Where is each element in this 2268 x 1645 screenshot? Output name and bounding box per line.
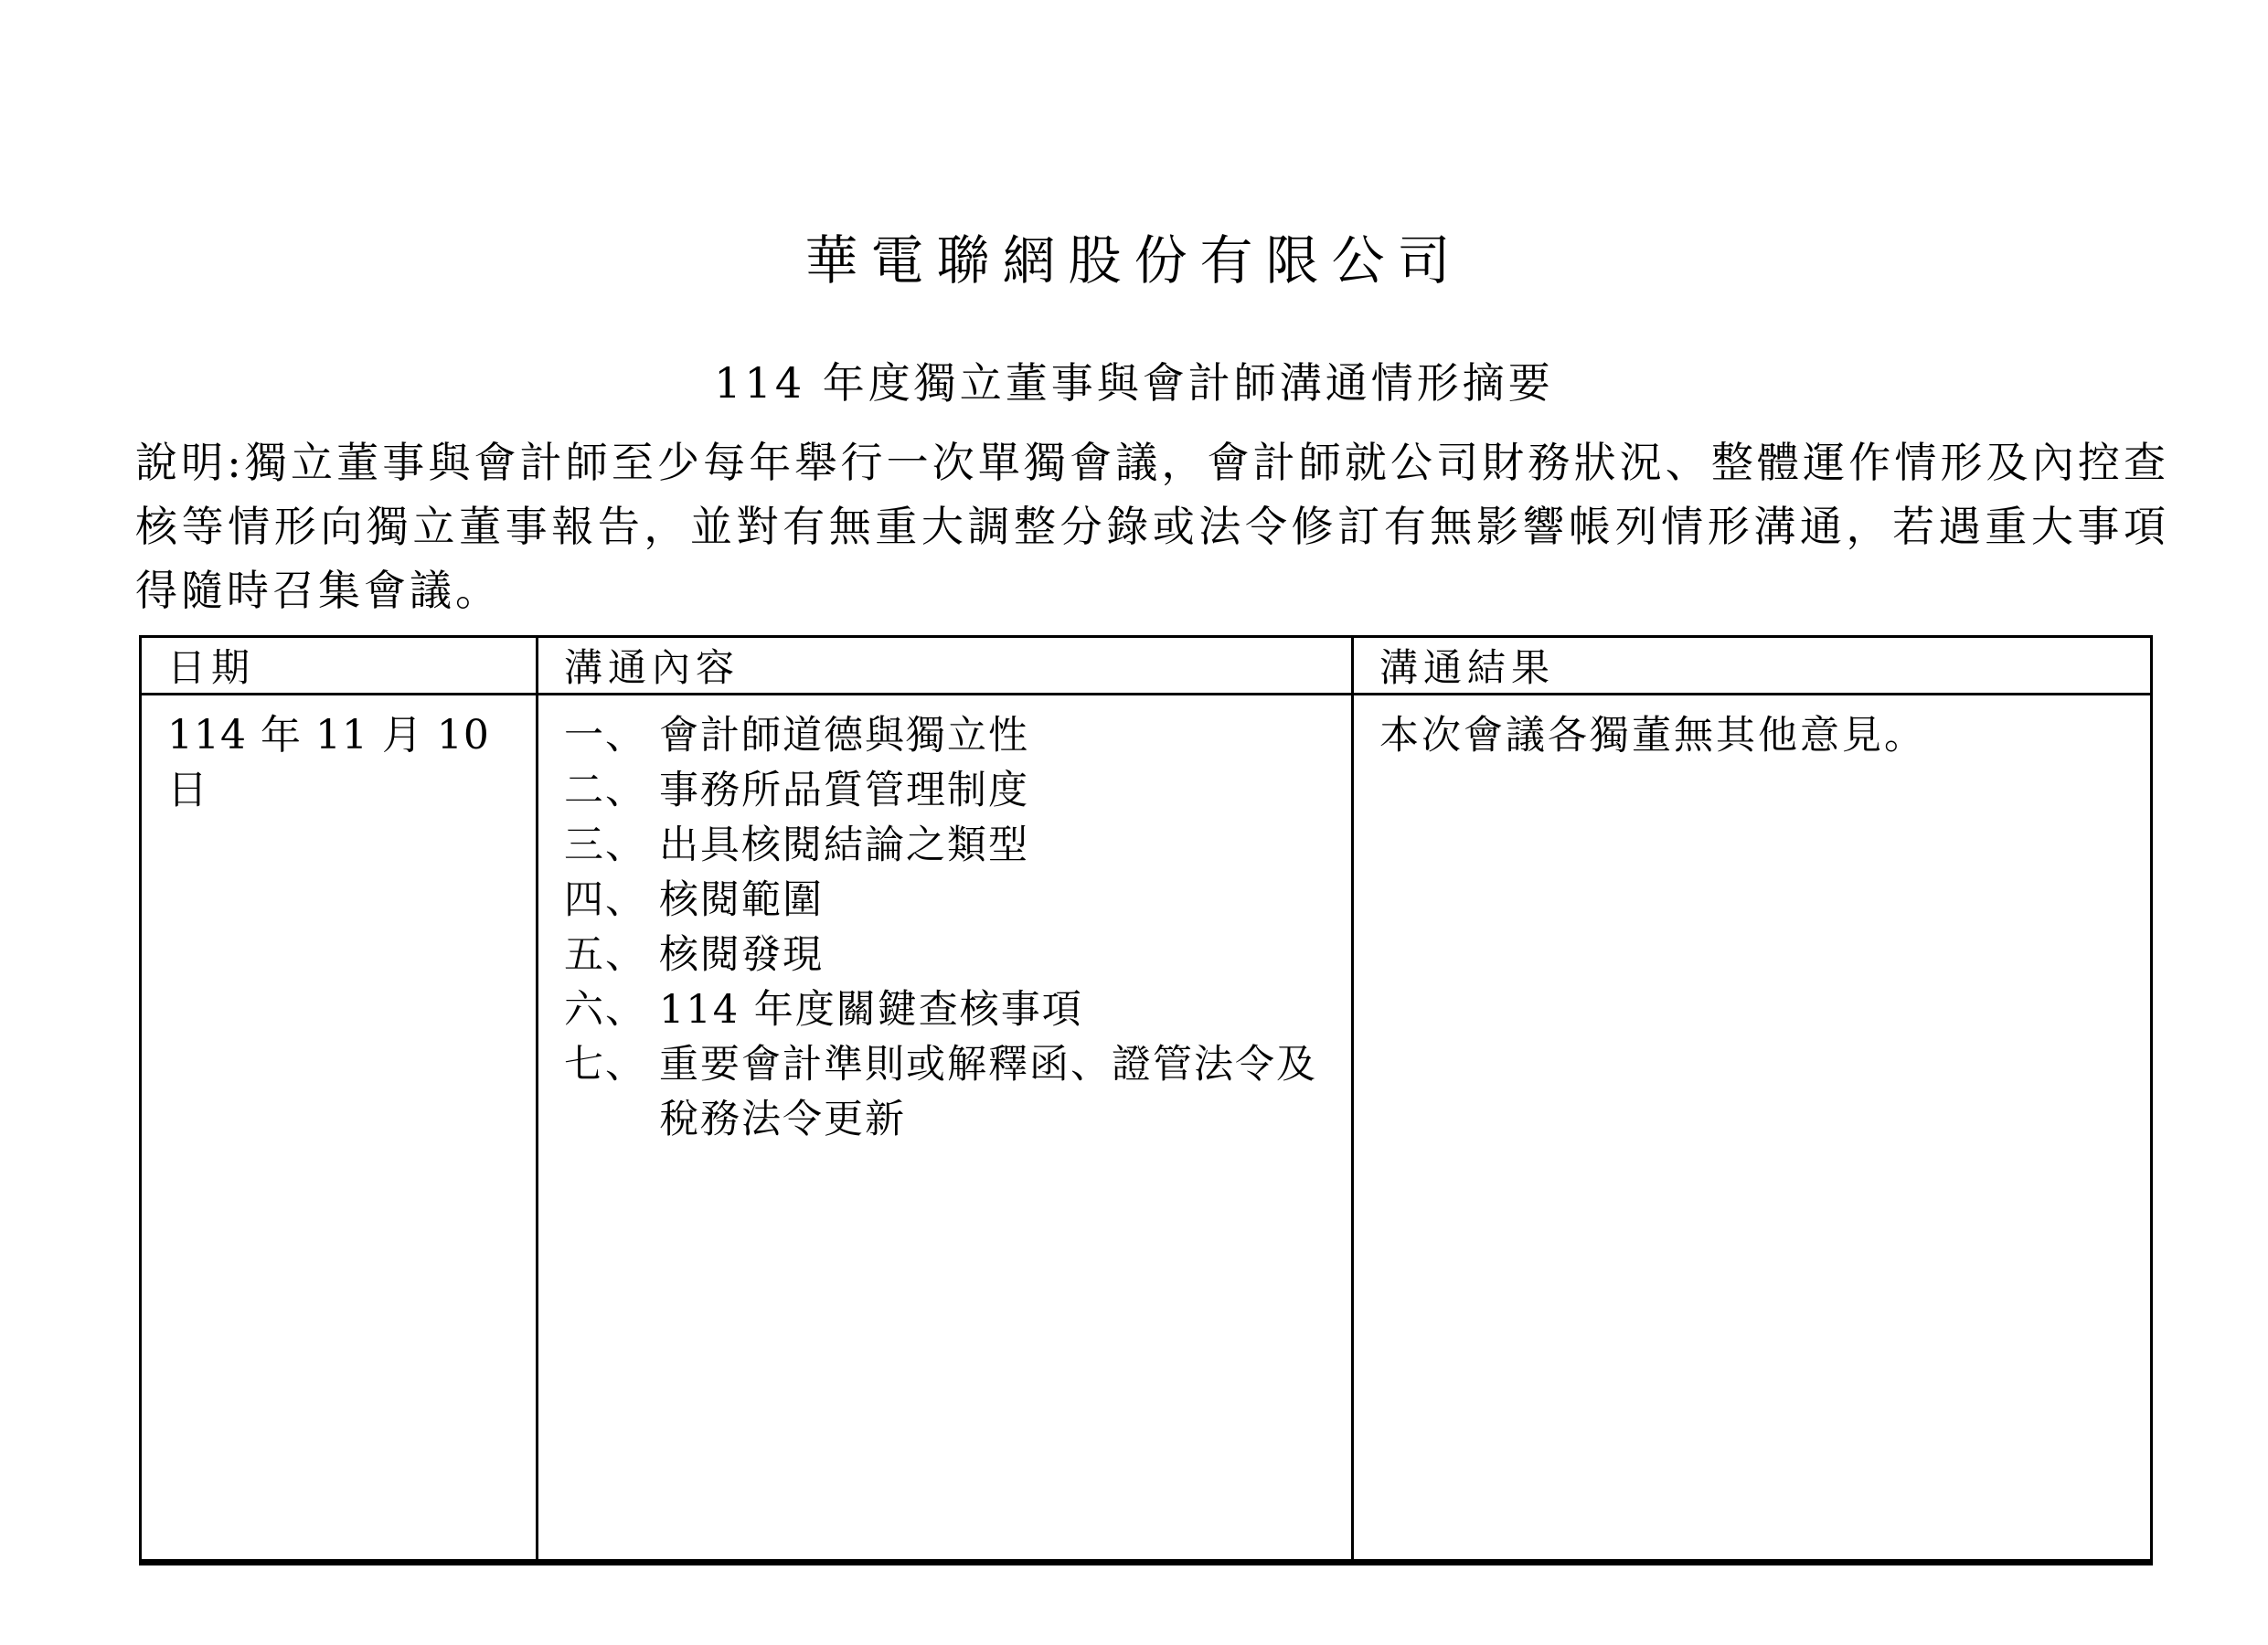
page-title: 華電聯網股份有限公司 bbox=[0, 0, 2268, 292]
date-cell: 114 年 11 月 10 日 bbox=[141, 694, 538, 1562]
list-item-number: 三、 bbox=[564, 818, 659, 873]
list-item-text: 出具核閱結論之類型 bbox=[659, 818, 1335, 873]
content-list-item: 二、事務所品質管理制度 bbox=[564, 763, 1335, 818]
col-header-date: 日期 bbox=[141, 636, 538, 694]
list-item-number: 二、 bbox=[564, 763, 659, 818]
list-item-number: 四、 bbox=[564, 873, 659, 928]
list-item-text: 核閱發現 bbox=[659, 928, 1335, 982]
content-list-item: 一、會計師道德與獨立性 bbox=[564, 708, 1335, 763]
list-item-text: 事務所品質管理制度 bbox=[659, 763, 1335, 818]
content-list-item: 四、核閱範圍 bbox=[564, 873, 1335, 928]
list-item-text: 核閱範圍 bbox=[659, 873, 1335, 928]
content-list-item: 六、114 年度關鍵查核事項 bbox=[564, 982, 1335, 1037]
content-list: 一、會計師道德與獨立性二、事務所品質管理制度三、出具核閱結論之類型四、核閱範圍五… bbox=[564, 708, 1335, 1147]
content-list-item: 三、出具核閱結論之類型 bbox=[564, 818, 1335, 873]
result-cell: 本次會議各獨董無其他意見。 bbox=[1353, 694, 2152, 1562]
list-item-text: 重要會計準則或解釋函、證管法令及稅務法令更新 bbox=[659, 1037, 1335, 1147]
list-item-number: 一、 bbox=[564, 708, 659, 763]
col-header-content: 溝通內容 bbox=[538, 636, 1353, 694]
content-cell: 一、會計師道德與獨立性二、事務所品質管理制度三、出具核閱結論之類型四、核閱範圍五… bbox=[538, 694, 1353, 1562]
list-item-text: 會計師道德與獨立性 bbox=[659, 708, 1335, 763]
page-subtitle: 114 年度獨立董事與會計師溝通情形摘要 bbox=[0, 350, 2268, 410]
header-row: 日期 溝通內容 溝通結果 bbox=[141, 636, 2152, 694]
communication-table: 日期 溝通內容 溝通結果 114 年 11 月 10 日 一、會計師道德與獨立性… bbox=[139, 635, 2153, 1565]
content-list-item: 五、核閱發現 bbox=[564, 928, 1335, 982]
description-paragraph: 說明:獨立董事與會計師至少每年舉行一次單獨會議，會計師就公司財務狀況、整體運作情… bbox=[135, 430, 2169, 622]
list-item-text: 114 年度關鍵查核事項 bbox=[659, 982, 1335, 1037]
content-list-item: 七、重要會計準則或解釋函、證管法令及稅務法令更新 bbox=[564, 1037, 1335, 1147]
col-header-result: 溝通結果 bbox=[1353, 636, 2152, 694]
list-item-number: 五、 bbox=[564, 928, 659, 982]
list-item-number: 六、 bbox=[564, 982, 659, 1037]
table-row: 114 年 11 月 10 日 一、會計師道德與獨立性二、事務所品質管理制度三、… bbox=[141, 694, 2152, 1562]
document-page: 華電聯網股份有限公司 114 年度獨立董事與會計師溝通情形摘要 說明:獨立董事與… bbox=[0, 0, 2268, 1645]
list-item-number: 七、 bbox=[564, 1037, 659, 1147]
